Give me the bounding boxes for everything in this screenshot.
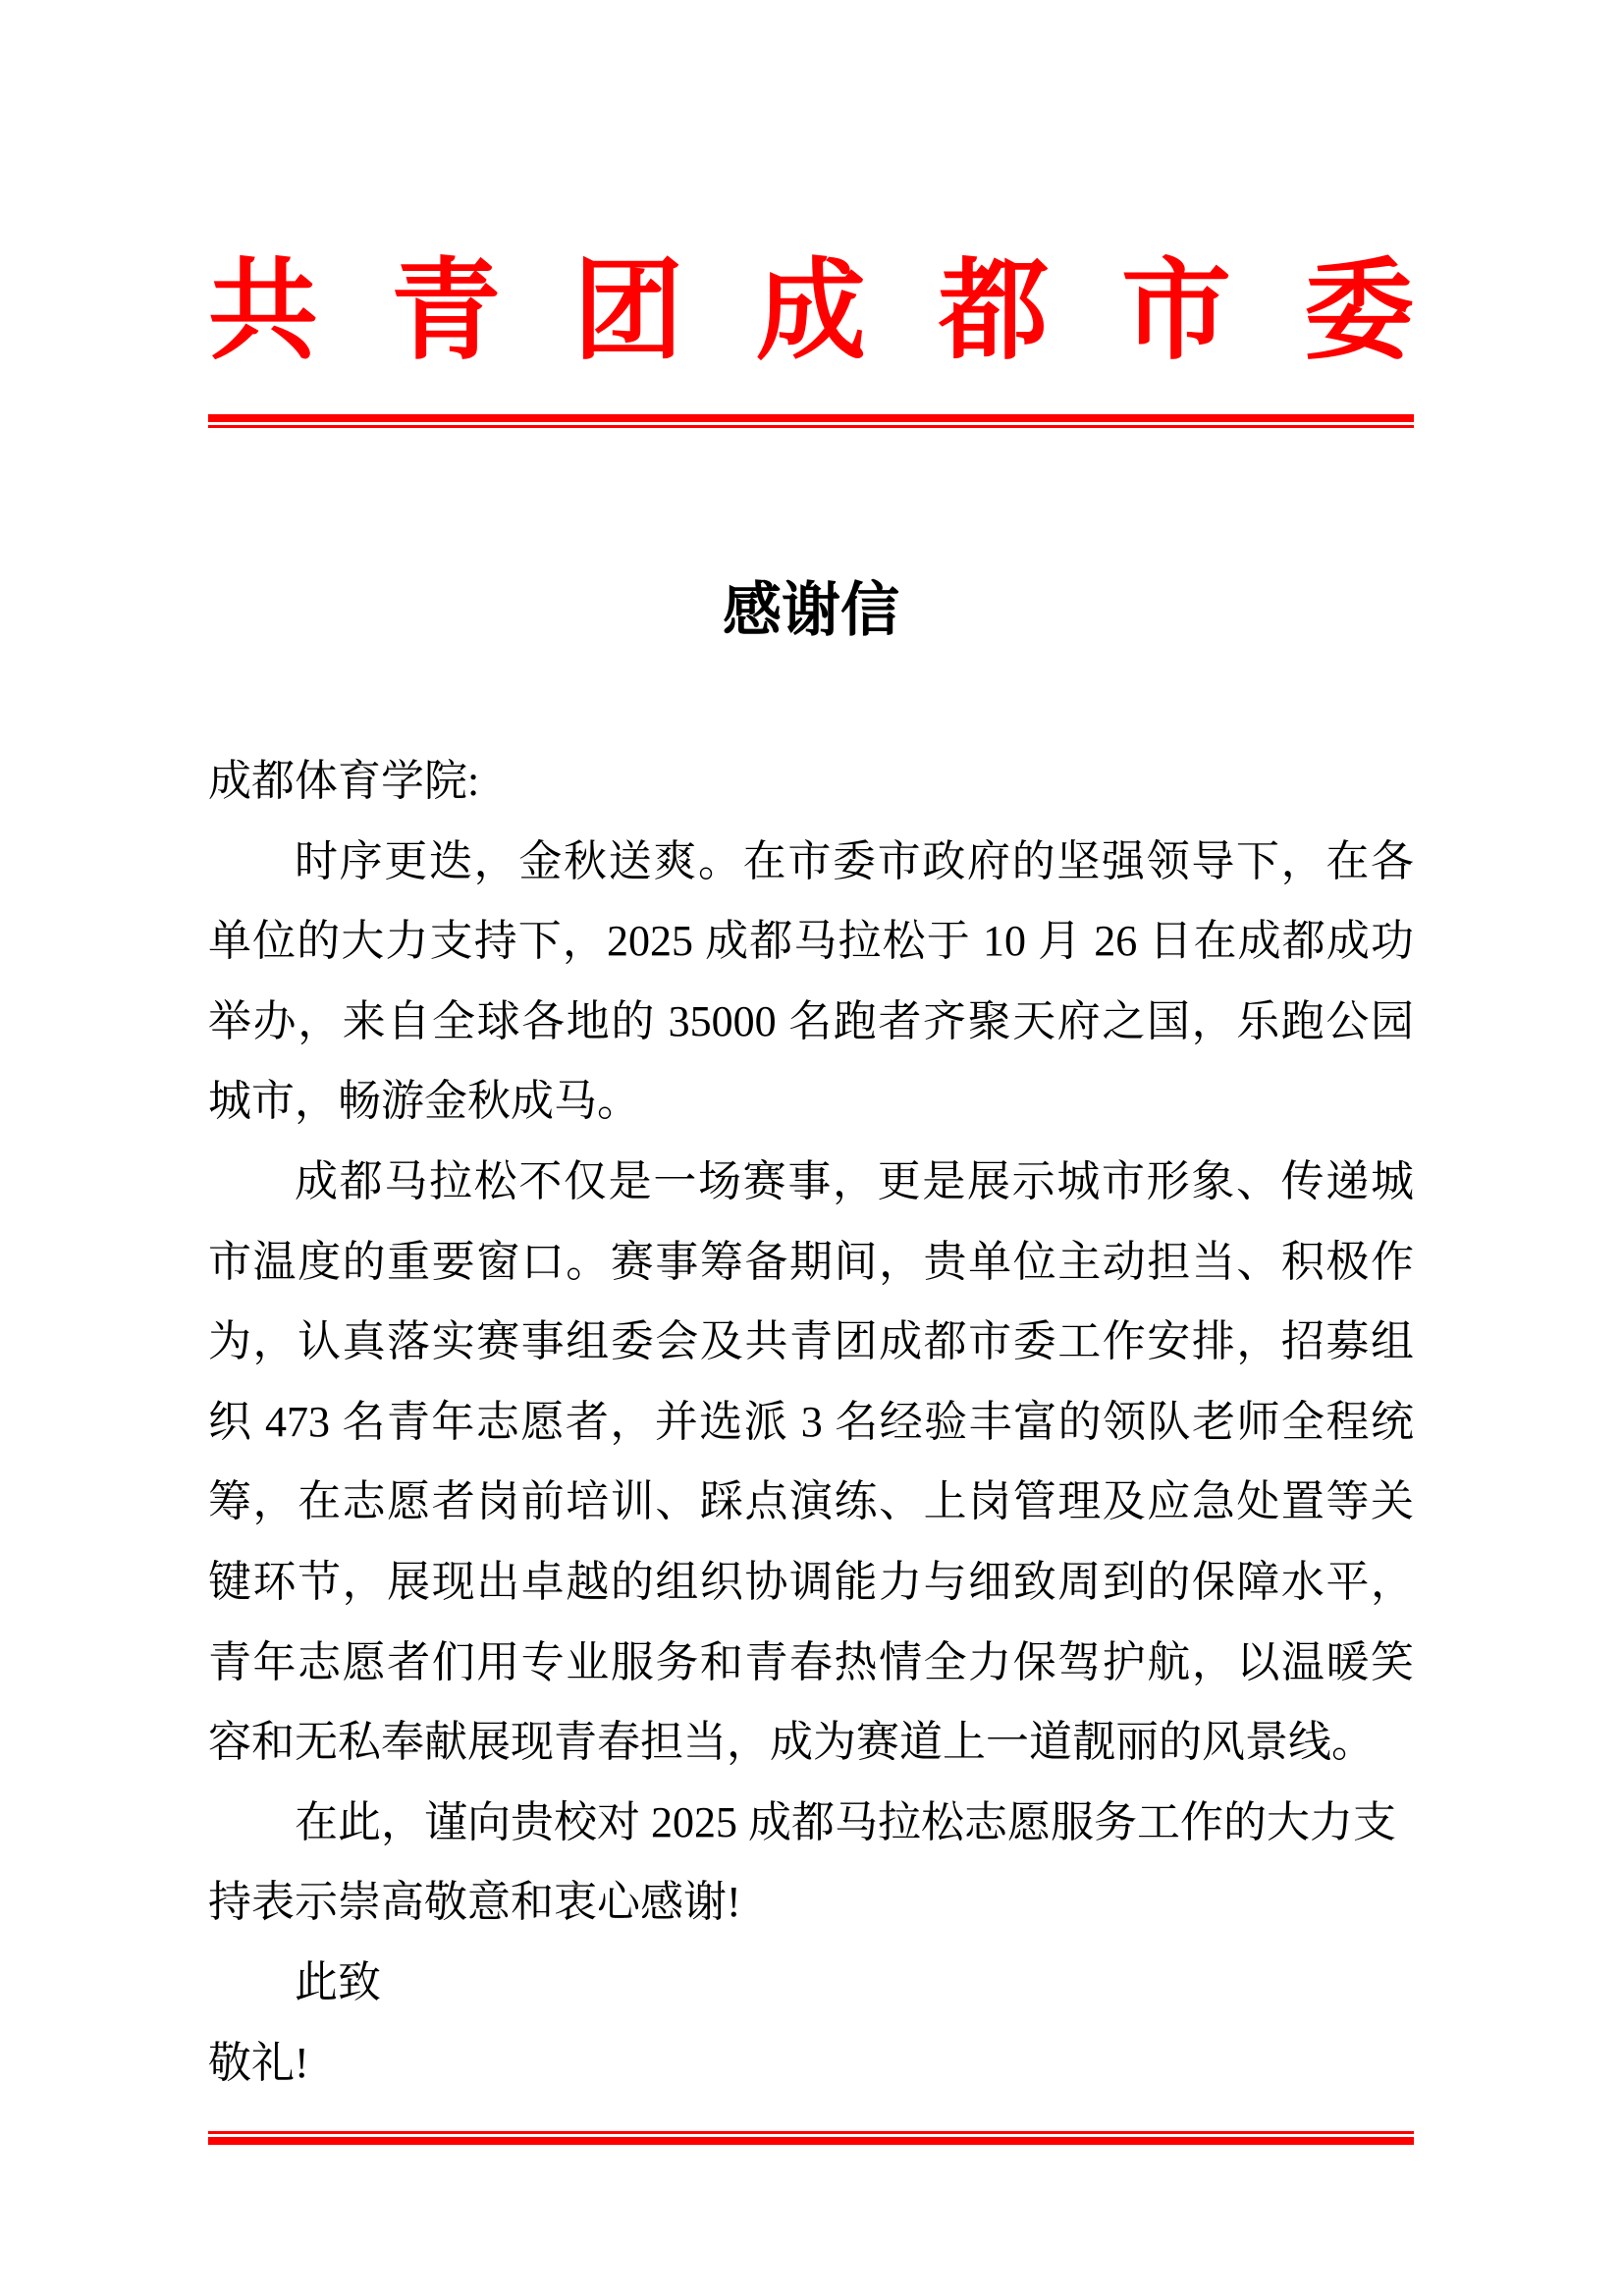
body-line: 在此，谨向贵校对 2025 成都马拉松志愿服务工作的大力支: [208, 1783, 1414, 1863]
body-line: 城市，畅游金秋成马。: [208, 1061, 1414, 1142]
body-line: 成都马拉松不仅是一场赛事，更是展示城市形象、传递城: [208, 1142, 1414, 1222]
letter-title: 感谢信: [208, 576, 1414, 645]
body-line: 持表示崇高敬意和衷心感谢!: [208, 1862, 1414, 1943]
body-line: 市温度的重要窗口。赛事筹备期间，贵单位主动担当、积极作: [208, 1222, 1414, 1303]
body-line-closing: 此致: [208, 1943, 1414, 2023]
body-line: 键环节，展现出卓越的组织协调能力与细致周到的保障水平，: [208, 1542, 1414, 1623]
body-line: 筹，在志愿者岗前培训、踩点演练、上岗管理及应急处置等关: [208, 1462, 1414, 1542]
letter-page: 共青团成都市委 感谢信 成都体育学院: 时序更迭，金秋送爽。在市委市政府的坚强领…: [0, 0, 1622, 2296]
body-line-salutation: 成都体育学院:: [208, 741, 1414, 822]
letterhead-org-title: 共青团成都市委: [208, 253, 1414, 371]
letterhead-rule-thick: [208, 414, 1414, 422]
body-line: 容和无私奉献展现青春担当，成为赛道上一道靓丽的风景线。: [208, 1702, 1414, 1783]
body-line-salute: 敬礼!: [208, 2023, 1414, 2104]
body-line: 时序更迭，金秋送爽。在市委市政府的坚强领导下，在各: [208, 822, 1414, 902]
body-line: 织 473 名青年志愿者，并选派 3 名经验丰富的领队老师全程统: [208, 1382, 1414, 1463]
letter-body: 成都体育学院: 时序更迭，金秋送爽。在市委市政府的坚强领导下，在各 单位的大力支…: [208, 741, 1414, 2103]
footer-rule-thick: [208, 2137, 1414, 2145]
body-line: 青年志愿者们用专业服务和青春热情全力保驾护航，以温暖笑: [208, 1623, 1414, 1703]
body-line: 举办，来自全球各地的 35000 名跑者齐聚天府之国，乐跑公园: [208, 982, 1414, 1062]
footer-rule-thin: [208, 2131, 1414, 2134]
letterhead-rule-thin: [208, 425, 1414, 428]
body-line: 单位的大力支持下，2025 成都马拉松于 10 月 26 日在成都成功: [208, 901, 1414, 982]
body-line: 为，认真落实赛事组委会及共青团成都市委工作安排，招募组: [208, 1302, 1414, 1382]
